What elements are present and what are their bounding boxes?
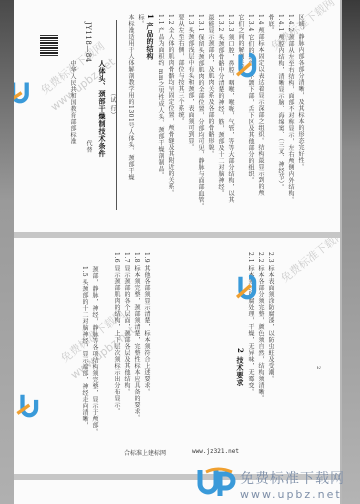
- intro-text-cont: 标。: [136, 14, 144, 27]
- barcode: [40, 34, 58, 56]
- footer-site-url: www.jz321.net: [192, 448, 239, 455]
- text-line: 2.3 标本表面须涂防腐漆，以防虫蛀及受潮。: [266, 252, 274, 382]
- document-page-1: 中华人民共和国教育部部标准 JY118—84 代替 人体头、颈部干燥制技术条件 …: [14, 0, 340, 232]
- scrollbar-gutter[interactable]: [0, 0, 14, 504]
- brand-name: 免费标准下载网: [240, 468, 345, 488]
- section-1-heading: 1 产品的结构: [146, 14, 154, 60]
- header-rule: [116, 20, 117, 210]
- up-brand-logo-icon: [196, 466, 238, 498]
- footer-site-name: 合标准上建标网: [124, 448, 166, 457]
- brand-watermark: 免费标准下载网 www.upbz.net: [240, 468, 345, 501]
- replaces-label: 代替: [84, 140, 92, 153]
- text-line: 1.3.2 头颈部骨骼中分清楚的神经，筋，颈部及十二对脑神经。: [216, 14, 224, 197]
- text-line: 1.4 颅部标本固定以表达着显示深部之组织。结构最显示到的颅: [256, 14, 264, 196]
- up-logo-icon: [14, 388, 48, 422]
- text-line: 1.9 其他各部须显示清楚，标本须符合上述要求。: [142, 252, 150, 395]
- document-page-2: 1.5 头颈部的十二对脑神经，显示端部，神经走向清晰， 颈部，静脉，神经，静脉等…: [14, 238, 340, 474]
- text-line: 最能显示颈部内，及肌肉关系及各部的骨骼形貌。: [206, 14, 214, 157]
- text-line: 1.3.1 保留头颈部肌肉的全部位置，分部均可见，静脉与面部血管。: [196, 14, 204, 210]
- text-line: 1.3.3 须口腔，鼻腔，咽喉，喉咙，气管，等等大部分结构，以其: [226, 14, 234, 203]
- section-2-heading: 2 技术要求: [236, 348, 244, 386]
- text-line: 1.2 全人体的肌肉骨骼均呈固定位置，颅骨缝及其附近的关系。: [166, 14, 174, 196]
- intro-text: 本标准适用于人体解剖教学用的1301号人体头、颈部干燥: [126, 14, 134, 181]
- text-line: 要从左至右侧，部位与按其三个系统。: [176, 14, 184, 125]
- text-line: 骨底。: [266, 14, 274, 34]
- text-line: 1.3 头颈部浅层中有头和颈部，表面须可到显。: [186, 14, 194, 151]
- watermark-text: 免费标准下载网: [277, 238, 340, 286]
- page-number: 2: [314, 366, 322, 370]
- right-edge-shadow: [342, 0, 360, 504]
- text-line: 1.1 产品为面积约 mm之男性成人头、颈部干燥剖制品。: [156, 14, 164, 179]
- up-logo-icon: [232, 270, 266, 304]
- up-logo-icon: [232, 48, 266, 82]
- page-subtitle: （试 行）: [108, 90, 116, 118]
- up-logo-icon: [14, 74, 42, 108]
- brand-url: www.upbz.net: [240, 488, 345, 501]
- text-line: 1.3.4 它们的颈部，下颌下部，舌下区及其他部分的组织。: [246, 14, 254, 184]
